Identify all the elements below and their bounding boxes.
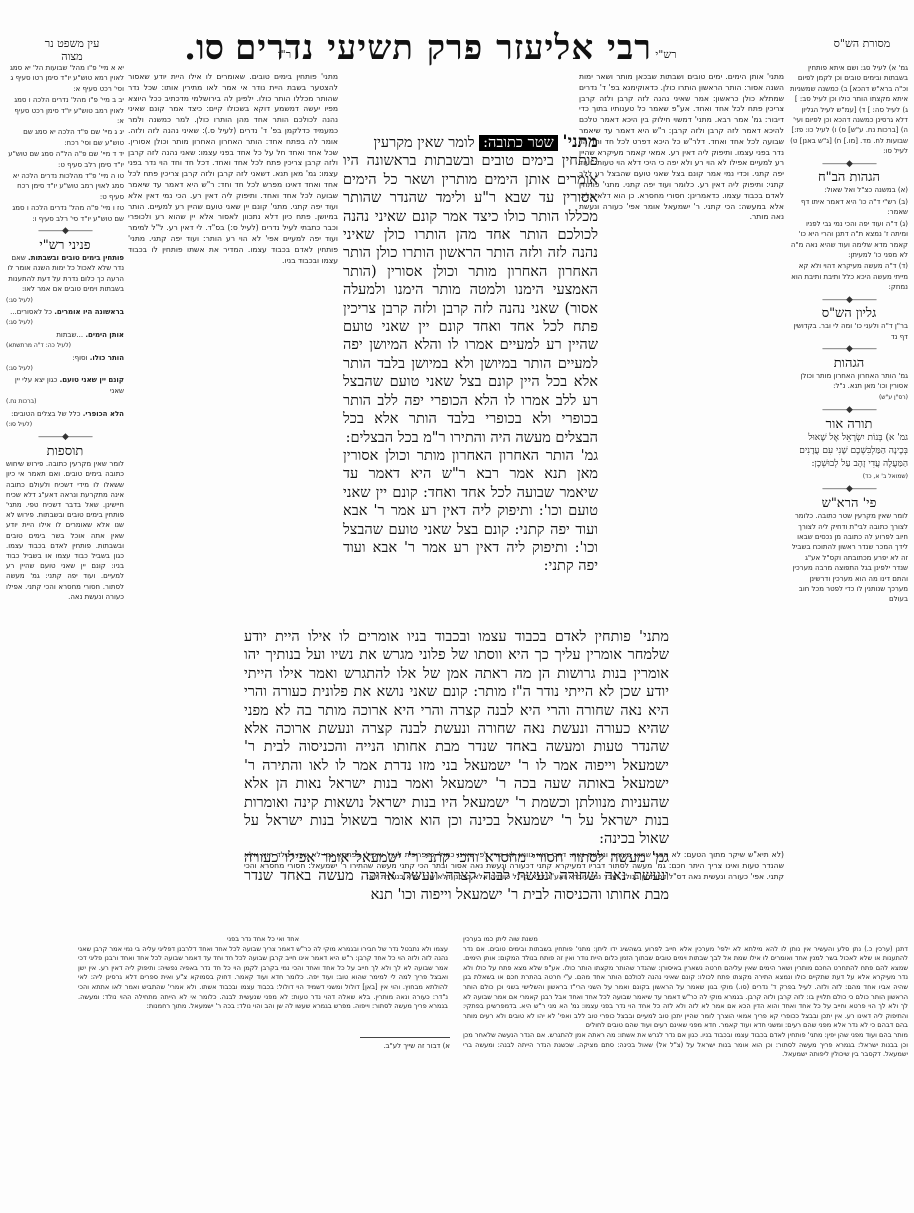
gemara-paragraph: פותחין בימים טובים ובשבתות בראשונה היו א… xyxy=(343,152,598,447)
ornament-divider xyxy=(790,405,908,415)
gilyon-hashas-title: גליון הש"ס xyxy=(790,309,908,319)
ran-column: מתני' אותן הימים. ימים טובים ושבתות שבכא… xyxy=(579,72,784,642)
ein-mishpat-entry: יב ב מיי' פ"ו מהל' נדרים הלכה ו סמג לאוי… xyxy=(6,95,124,126)
daf-number: סו. xyxy=(184,30,224,66)
masoret-hashas-section: גמ' א) לעיל סג: ושם איתא פותחין בשבתות ו… xyxy=(790,63,908,157)
ran-lower-text: (לא תיא"ש שיקר מתוך הטעם: לא מפני שהיא כ… xyxy=(244,850,784,882)
footnote: א) דבור זה שייך לע"ב. xyxy=(360,1042,450,1050)
rashi-header-label: רש"י xyxy=(651,48,681,61)
ran-text: מתני' אותן הימים. ימים טובים ושבתות שבכא… xyxy=(579,72,784,223)
penini-rashi-entry: בראשונה היו אומרים. כל לאסורים... (לעיל … xyxy=(6,307,124,329)
penini-rashi-entry: פותחין בימים טובים ובשבתות. שאם נדר שלא … xyxy=(6,253,124,306)
gemara-main-text: מתני' שטר כתובה: לומר שאין מקרעין פותחין… xyxy=(343,133,598,576)
ein-mishpat-entry: טו ה מיי' פ"ד מהלכות נדרים הלכה יא סמג ל… xyxy=(6,171,124,202)
hagahot-habach-entry: (ד) ד"ה מעשה מעיקרא דהוי ולא קא מייתי מע… xyxy=(790,261,908,292)
bottom-commentary-right: משנת שוה ליתן כמו בערכין דתנן (ערכין כ.)… xyxy=(463,935,908,1060)
rashi-text: מתני' פותחין בימים טובים. שאומרים לו איל… xyxy=(128,72,338,266)
pi-harosh-text: לומר שאין מקרעין שטר כתובה. כלומר לצורך … xyxy=(790,511,908,605)
penini-rashi-title: פניני רש"י xyxy=(6,241,124,251)
ornament-divider xyxy=(790,344,908,354)
ornament-divider xyxy=(790,484,908,494)
ornament-divider xyxy=(6,432,124,442)
tosafot-text: לומר שאין מקרעין כתובה. פירוש שיחוש כתוב… xyxy=(6,459,124,602)
page-title: רבי אליעזר פרק תשיעי נדרים xyxy=(235,30,652,66)
hagahot-ref: (רס"ן ע"ש) xyxy=(790,393,908,403)
bottom-commentary-left: אחד ואי כל אחד נדר בפני עצמו ולא נתבטל נ… xyxy=(78,935,448,1012)
penini-rashi-entry: קונם יין שאני טועם. כגון יצא עלי יין שאנ… xyxy=(6,375,124,407)
left-margin: יא א מיי' פ"ו מהל' שבועות הל' יא סמג לאו… xyxy=(6,63,124,603)
pi-harosh-title: פי' הרא"ש xyxy=(790,499,908,509)
ein-mishpat-header-label: עין משפט נר מצוה xyxy=(42,37,102,63)
section-label-shtar-ketubah: שטר כתובה: xyxy=(479,135,558,151)
torah-or-ref: (שמואל ב' א, כד) xyxy=(790,472,908,482)
masoret-hashas-header-label: מסורת הש"ס xyxy=(832,37,892,50)
torah-or-title: תורה אור xyxy=(790,420,908,430)
penini-rashi-entry: הלא הכופרי. כלל של בצלים הטובים: (לעיל ס… xyxy=(6,409,124,431)
tosafot-title: תוספות xyxy=(6,447,124,457)
gemara-paragraph: מתני' פותחין לאדם בכבוד עצמו ובכבוד בניו… xyxy=(244,628,669,849)
hagahot-habach-entry: (א) במשנה כצ"ל ואל שאול: xyxy=(790,185,908,195)
ornament-divider xyxy=(790,159,908,169)
ein-mishpat-entry: יג ג מיי' שם פ"ד הלכה יא סמג שם טוש"ע שם… xyxy=(6,127,124,148)
ran-header-label: ר"ן xyxy=(272,48,297,61)
hagahot-text: גמ' הותר האחרון האחרון מותר וכולן אסורין… xyxy=(790,371,908,392)
penini-rashi-entry: הותר כולו. וסוף: (לעיל סג:) xyxy=(6,353,124,375)
gemara-opening-text: לומר שאין מקרעין xyxy=(373,135,474,151)
gilyon-hashas-text: בר"ן ד"ה ולעני כו' ומה לי ובר. בקדושין ד… xyxy=(790,321,908,342)
hagahot-habach-entry: (ג) ד"ה ועוד יפה והכי נמי גבי לפניו ומית… xyxy=(790,219,908,261)
ornament-divider xyxy=(6,226,124,236)
torah-or-text: גמ' א) בְּנוֹת יִשְׂרָאֵל אֶל שָׁאוּל בְ… xyxy=(790,432,908,471)
right-margin: גמ' א) לעיל סג: ושם איתא פותחין בשבתות ו… xyxy=(790,63,908,606)
ein-mishpat-entry: יא א מיי' פ"ו מהל' שבועות הל' יא סמג לאו… xyxy=(6,63,124,94)
rashi-column: מתני' פותחין בימים טובים. שאומרים לו איל… xyxy=(128,72,338,642)
penini-rashi-entry: אותן הימים. ...שבתות (לעיל כה: ד"ה מרתשת… xyxy=(6,330,124,352)
masoret-hashas-text: גמ' א) לעיל סג: ושם איתא פותחין בשבתות ו… xyxy=(790,63,908,157)
footnote-rule xyxy=(360,1037,450,1038)
ein-mishpat-entry: טז ו מיי' פ"ה מהל' נדרים הלכה ו סמג שם ט… xyxy=(6,203,124,224)
hagahot-habach-title: הגהות הב"ח xyxy=(790,173,908,183)
hagahot-habach-entry: (ב) רש"י ד"ה כו' היא דאמר איתו דף שאמר: xyxy=(790,197,908,218)
hagahot-title: הגהות xyxy=(790,359,908,369)
gemara-paragraph: גמ' הותר האחרון האחרון מותר וכולן אסורין… xyxy=(343,447,598,576)
ein-mishpat-entry: יד ד מיי' שם פ"ה הל"ה סמג שם טוש"ע יו"ד … xyxy=(6,149,124,170)
mishnah-marker: מתני' xyxy=(562,132,598,152)
ornament-divider xyxy=(790,295,908,305)
